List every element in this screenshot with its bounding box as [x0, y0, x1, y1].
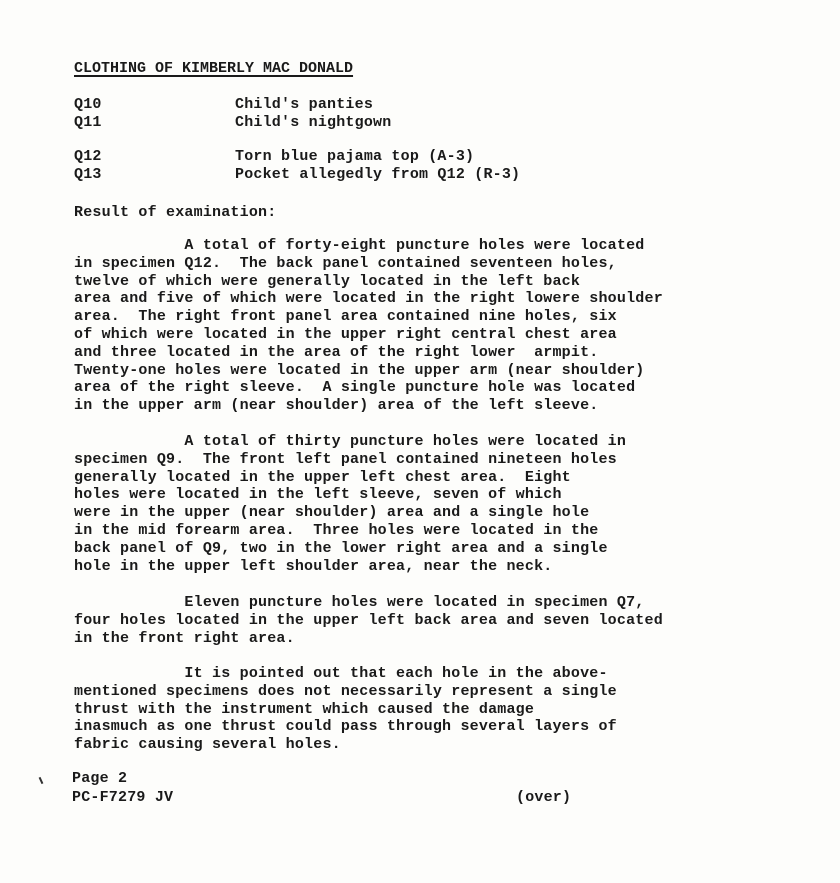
specimen-id: Q11: [74, 114, 235, 132]
specimen-list: Q10 Child's panties Q11 Child's nightgow…: [74, 96, 520, 183]
reference-code: PC-F7279 JV: [72, 789, 173, 806]
paragraph-q12-findings: A total of forty-eight puncture holes we…: [74, 237, 663, 415]
page-number: Page 2: [72, 770, 127, 787]
specimen-row: Q11 Child's nightgown: [74, 114, 520, 132]
specimen-row: Q10 Child's panties: [74, 96, 520, 114]
specimen-id: Q13: [74, 166, 235, 184]
result-heading: Result of examination:: [74, 204, 276, 221]
document-title: CLOTHING OF KIMBERLY MAC DONALD: [74, 60, 353, 77]
specimen-description: Torn blue pajama top (A-3): [235, 148, 474, 166]
paragraph-q7-findings: Eleven puncture holes were located in sp…: [74, 594, 663, 647]
specimen-id: Q10: [74, 96, 235, 114]
specimen-row: Q12 Torn blue pajama top (A-3): [74, 148, 520, 166]
specimen-description: Pocket allegedly from Q12 (R-3): [235, 166, 520, 184]
specimen-id: Q12: [74, 148, 235, 166]
specimen-description: Child's nightgown: [235, 114, 391, 132]
paragraph-note: It is pointed out that each hole in the …: [74, 665, 617, 754]
specimen-row: Q13 Pocket allegedly from Q12 (R-3): [74, 166, 520, 184]
specimen-description: Child's panties: [235, 96, 373, 114]
continued-note: (over): [516, 789, 571, 806]
paragraph-q9-findings: A total of thirty puncture holes were lo…: [74, 433, 626, 575]
stray-mark: [39, 777, 44, 784]
